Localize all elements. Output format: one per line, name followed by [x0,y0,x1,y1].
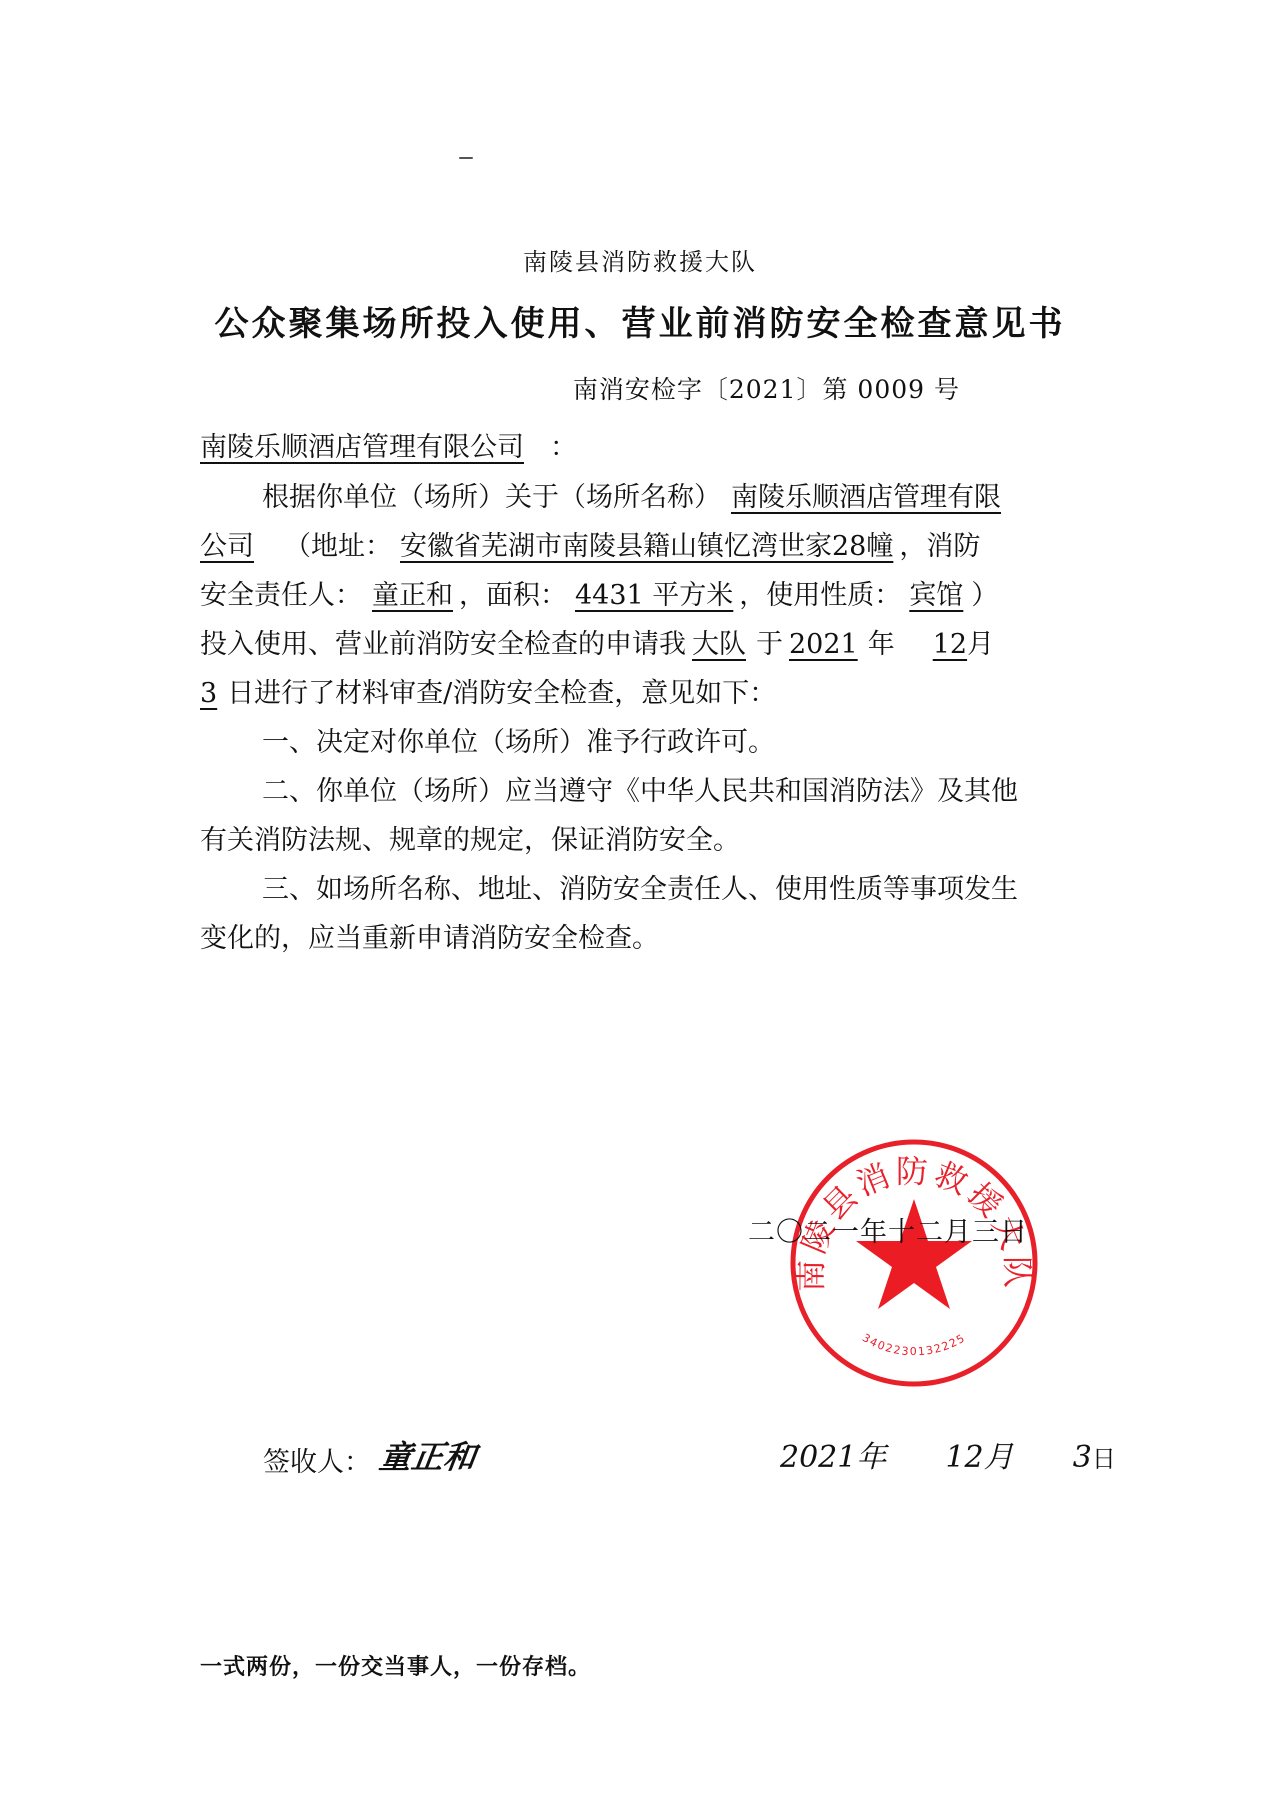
usage-value: 宾馆 [901,580,971,611]
area-value: 4431 平方米 [567,580,739,611]
addressee-line: 南陵乐顺酒店管理有限公司： [200,430,1106,466]
scan-artifact-mark [459,157,473,159]
unit-value: 大队 [686,629,756,660]
handwritten-signature: 童正和 [377,1432,479,1478]
receipt-day: 3 [1073,1440,1092,1475]
receipt-date: 2021年 12月 3日 [780,1432,1116,1476]
after-address-text: ，消防 [899,531,980,562]
usage-close: ） [971,580,998,611]
opinion-2-line-2: 有关消防法规、规章的规定，保证消防安全。 [200,823,1106,859]
month-label: 月 [967,629,994,660]
venue-name-part1: 南陵乐顺酒店管理有限 [721,482,1001,513]
receipt-month-label: 月 [984,1432,1014,1476]
body-line-2: 公司（地址：安徽省芜湖市南陵县籍山镇忆湾世家28幢，消防 [200,529,1106,565]
year-value: 2021 [783,629,868,660]
day-value: 3 [200,678,227,709]
body-line-4: 投入使用、营业前消防安全检查的申请我大队于2021年12月 [200,627,1106,663]
addressee-colon: ： [550,432,577,463]
responsible-person: 童正和 [362,580,459,611]
venue-name-part2: 公司 [200,531,284,562]
body-line-5: 3日进行了材料审查/消防安全检查，意见如下： [200,676,1106,712]
official-seal-stamp: 南陵县消防救援大队 3402230132225 [788,1137,1040,1389]
after-day-text: 日进行了材料审查/消防安全检查，意见如下： [227,678,776,709]
on-label: 于 [756,629,783,660]
opinion-1: 一、决定对你单位（场所）准予行政许可。 [200,725,1168,761]
year-label: 年 [868,629,895,660]
document-title: 公众聚集场所投入使用、营业前消防安全检查意见书 [0,296,1280,345]
application-text: 投入使用、营业前消防安全检查的申请我 [200,629,686,660]
month-value: 12 [895,629,967,660]
document-page: 南陵县消防救援大队 公众聚集场所投入使用、营业前消防安全检查意见书 南消安检字〔… [0,0,1280,1801]
receipt-day-label: 日 [1092,1439,1116,1474]
intro-text: 根据你单位（场所）关于（场所名称） [262,482,721,513]
addressee-name: 南陵乐顺酒店管理有限公司 [200,432,538,463]
opinion-3-line-1: 三、如场所名称、地址、消防安全责任人、使用性质等事项发生 [200,872,1168,908]
responsible-label: 安全责任人： [200,580,362,611]
address-label: （地址： [284,531,392,562]
receipt-year-label: 年 [856,1432,886,1476]
body-line-1: 根据你单位（场所）关于（场所名称）南陵乐顺酒店管理有限 [200,480,1168,516]
body-line-3: 安全责任人：童正和，面积：4431 平方米，使用性质：宾馆） [200,578,1106,614]
footer-note: 一式两份，一份交当事人，一份存档。 [200,1650,591,1681]
usage-label: ，使用性质： [739,580,901,611]
opinion-3-line-2: 变化的，应当重新申请消防安全检查。 [200,921,1106,957]
star-icon [856,1199,972,1309]
area-label: ，面积： [459,580,567,611]
receipt-month: 12 [945,1440,983,1475]
stamp-code-text: 3402230132225 [860,1331,968,1358]
issuer-name: 南陵县消防救援大队 [0,242,1280,277]
address-value: 安徽省芜湖市南陵县籍山镇忆湾世家28幢 [392,531,899,562]
document-number: 南消安检字〔2021〕第 0009 号 [573,370,960,406]
receipt-year: 2021 [780,1440,856,1475]
receipt-label: 签收人： [263,1440,371,1479]
opinion-2-line-1: 二、你单位（场所）应当遵守《中华人民共和国消防法》及其他 [200,774,1168,810]
